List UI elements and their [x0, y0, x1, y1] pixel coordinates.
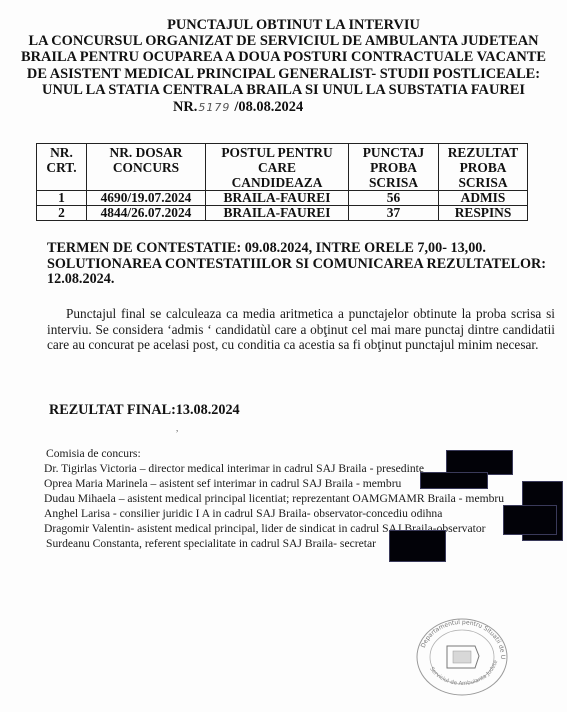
- document-title: PUNCTAJUL OBTINUT LA INTERVIU LA CONCURS…: [0, 17, 567, 98]
- termen-line: TERMEN DE CONTESTATIE: 09.08.2024, INTRE…: [47, 241, 546, 257]
- table-row: 1 4690/19.07.2024 BRAILA-FAUREI 56 ADMIS: [37, 191, 528, 206]
- nr-date: /08.08.2024: [234, 99, 303, 115]
- handwritten-number: 5179: [198, 101, 230, 114]
- title-line: DE ASISTENT MEDICAL PRINCIPAL GENERALIST…: [0, 66, 567, 82]
- title-line: LA CONCURSUL ORGANIZAT DE SERVICIUL DE A…: [0, 33, 567, 49]
- header-postul: POSTUL PENTRUCARECANDIDEAZA: [206, 144, 349, 191]
- committee-heading: Comisia de concurs:: [44, 446, 504, 461]
- registration-number: NR.5179/08.08.2024: [173, 99, 303, 116]
- title-line: BRAILA PENTRU OCUPAREA A DOUA POSTURI CO…: [0, 49, 567, 65]
- final-result-date: REZULTAT FINAL:13.08.2024: [49, 402, 240, 419]
- termen-line: SOLUTIONAREA CONTESTATIILOR SI COMUNICAR…: [47, 257, 546, 273]
- signature-redaction: [420, 472, 488, 489]
- cell-dosar: 4690/19.07.2024: [87, 191, 206, 206]
- signature-redaction: [503, 505, 557, 535]
- committee-member: Dudau Mihaela – asistent medical princip…: [44, 491, 504, 506]
- results-table: NR.CRT. NR. DOSARCONCURS POSTUL PENTRUCA…: [36, 143, 528, 221]
- header-nr-dosar: NR. DOSARCONCURS: [87, 144, 206, 191]
- termen-line: 12.08.2024.: [47, 272, 546, 288]
- table-row: 2 4844/26.07.2024 BRAILA-FAUREI 37 RESPI…: [37, 206, 528, 221]
- stray-mark: ,: [176, 423, 178, 433]
- title-line: UNUL LA STATIA CENTRALA BRAILA SI UNUL L…: [0, 82, 567, 98]
- document-page: PUNCTAJUL OBTINUT LA INTERVIU LA CONCURS…: [0, 0, 567, 712]
- official-stamp-icon: Departamentul pentru Situatii de Urgenta…: [413, 616, 511, 698]
- header-punctaj: PUNCTAJPROBASCRISA: [349, 144, 439, 191]
- contestation-deadline: TERMEN DE CONTESTATIE: 09.08.2024, INTRE…: [47, 241, 546, 288]
- table-header-row: NR.CRT. NR. DOSARCONCURS POSTUL PENTRUCA…: [37, 144, 528, 191]
- cell-punctaj: 37: [349, 206, 439, 221]
- signature-redaction: [389, 530, 446, 562]
- cell-rezultat: RESPINS: [439, 206, 528, 221]
- header-rezultat: REZULTATPROBASCRISA: [439, 144, 528, 191]
- cell-nr: 2: [37, 206, 87, 221]
- title-line: PUNCTAJUL OBTINUT LA INTERVIU: [0, 17, 567, 33]
- cell-rezultat: ADMIS: [439, 191, 528, 206]
- cell-nr: 1: [37, 191, 87, 206]
- header-nr-crt: NR.CRT.: [37, 144, 87, 191]
- nr-prefix: NR.: [173, 99, 197, 115]
- final-score-explanation: Punctajul final se calculeaza ca media a…: [47, 306, 555, 353]
- cell-punctaj: 56: [349, 191, 439, 206]
- cell-post: BRAILA-FAUREI: [206, 206, 349, 221]
- cell-post: BRAILA-FAUREI: [206, 191, 349, 206]
- cell-dosar: 4844/26.07.2024: [87, 206, 206, 221]
- committee-member: Anghel Larisa - consilier juridic I A in…: [44, 506, 504, 521]
